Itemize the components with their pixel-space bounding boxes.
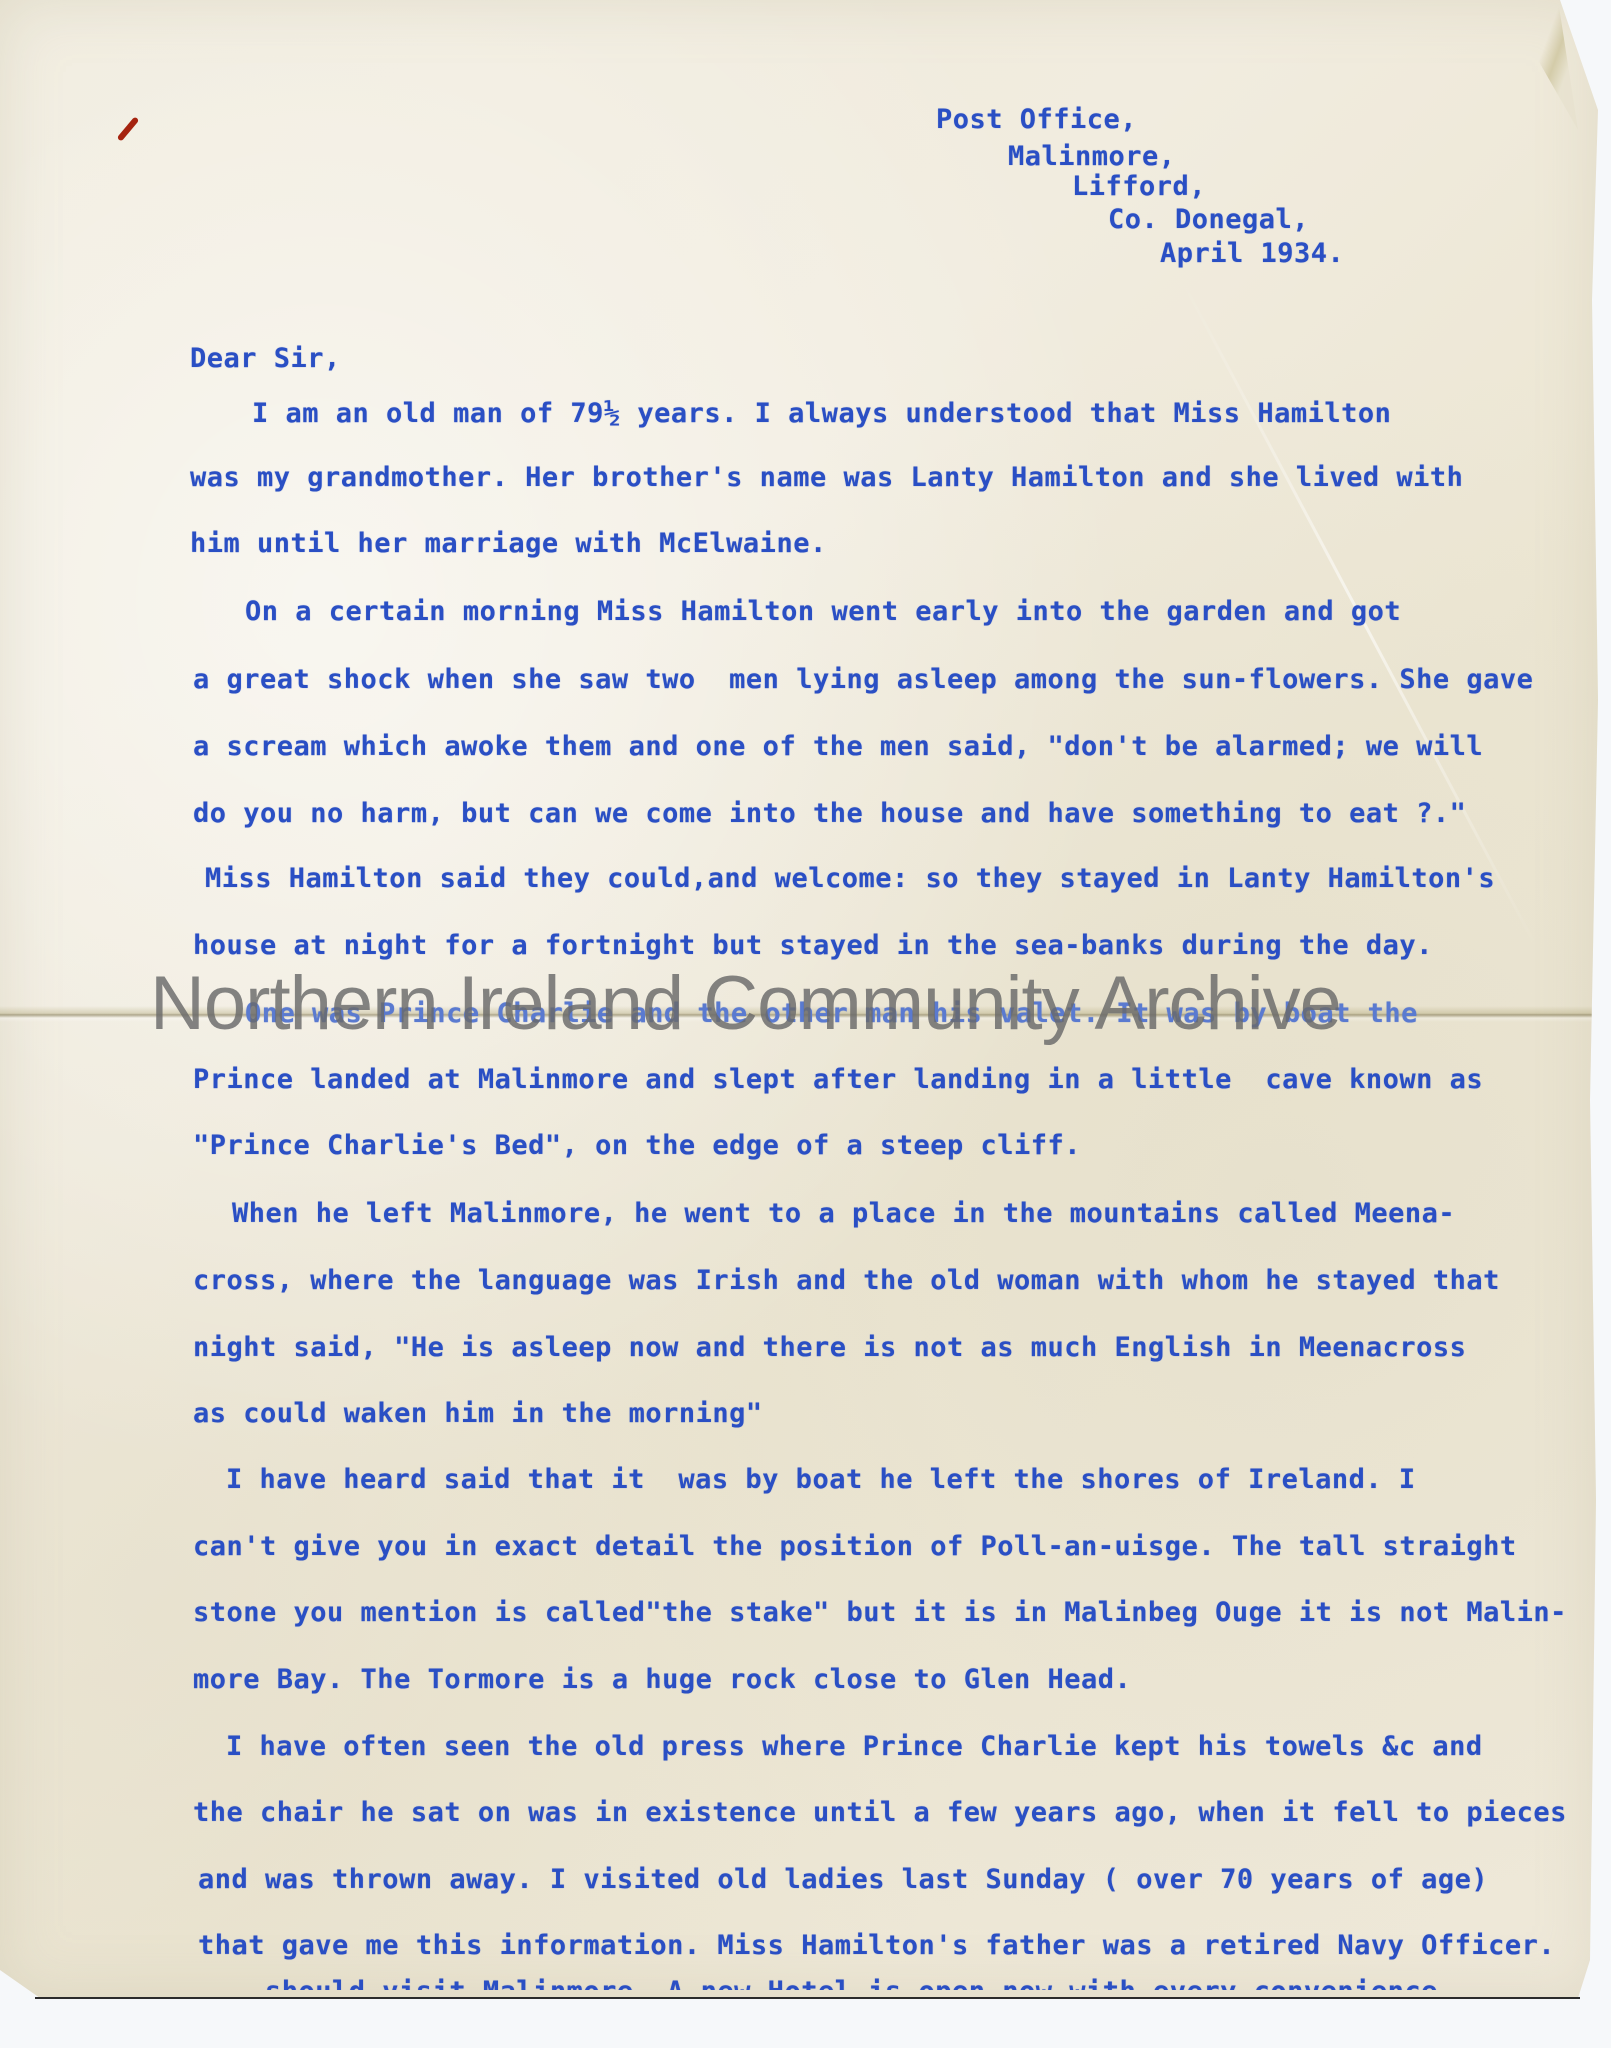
body-line: a scream which awoke them and one of the… bbox=[193, 731, 1483, 762]
address-line: Co. Donegal, bbox=[1108, 204, 1309, 235]
body-line: more Bay. The Tormore is a huge rock clo… bbox=[193, 1664, 1131, 1695]
date-line: April 1934. bbox=[1160, 238, 1344, 269]
paper-sheet: Post Office, Malinmore, Lifford, Co. Don… bbox=[0, 0, 1598, 1998]
body-line: as could waken him in the morning" bbox=[193, 1398, 763, 1429]
body-line: I have often seen the old press where Pr… bbox=[226, 1731, 1483, 1762]
body-line: him until her marriage with McElwaine. bbox=[190, 528, 827, 559]
body-line: do you no harm, but can we come into the… bbox=[193, 798, 1466, 829]
body-line: stone you mention is called"the stake" b… bbox=[193, 1597, 1567, 1628]
body-line: the chair he sat on was in existence unt… bbox=[193, 1797, 1567, 1828]
folded-corner bbox=[1518, 0, 1578, 130]
salutation: Dear Sir, bbox=[190, 343, 341, 374]
body-line: was my grandmother. Her brother's name w… bbox=[190, 462, 1463, 493]
body-line: night said, "He is asleep now and there … bbox=[193, 1332, 1466, 1363]
body-line: can't give you in exact detail the posit… bbox=[193, 1531, 1517, 1562]
body-line: and was thrown away. I visited old ladie… bbox=[198, 1864, 1488, 1895]
red-ink-mark bbox=[117, 116, 140, 141]
body-line: a great shock when she saw two men lying… bbox=[193, 664, 1533, 695]
body-line: Miss Hamilton said they could,and welcom… bbox=[205, 863, 1495, 894]
body-line: house at night for a fortnight but staye… bbox=[193, 930, 1433, 961]
address-line: Post Office, bbox=[936, 104, 1137, 135]
body-line: When he left Malinmore, he went to a pla… bbox=[232, 1198, 1455, 1229]
body-line: cross, where the language was Irish and … bbox=[193, 1265, 1500, 1296]
body-line: On a certain morning Miss Hamilton went … bbox=[245, 596, 1401, 627]
body-line: "Prince Charlie's Bed", on the edge of a… bbox=[193, 1130, 1081, 1161]
scanned-letter: Post Office, Malinmore, Lifford, Co. Don… bbox=[0, 0, 1611, 2048]
paper-bottom-edge bbox=[35, 1997, 1580, 1999]
address-line: Malinmore, bbox=[1008, 141, 1176, 172]
body-line-cut-off: ... should visit Malinmore. A new Hotel … bbox=[198, 1976, 1455, 2007]
address-line: Lifford, bbox=[1072, 171, 1206, 202]
body-line: Prince landed at Malinmore and slept aft… bbox=[193, 1064, 1483, 1095]
body-line: that gave me this information. Miss Hami… bbox=[198, 1930, 1555, 1961]
body-line: One was Prince Charlie and the other man… bbox=[245, 998, 1418, 1029]
body-line: I am an old man of 79½ years. I always u… bbox=[252, 398, 1391, 429]
body-line: I have heard said that it was by boat he… bbox=[226, 1464, 1416, 1495]
